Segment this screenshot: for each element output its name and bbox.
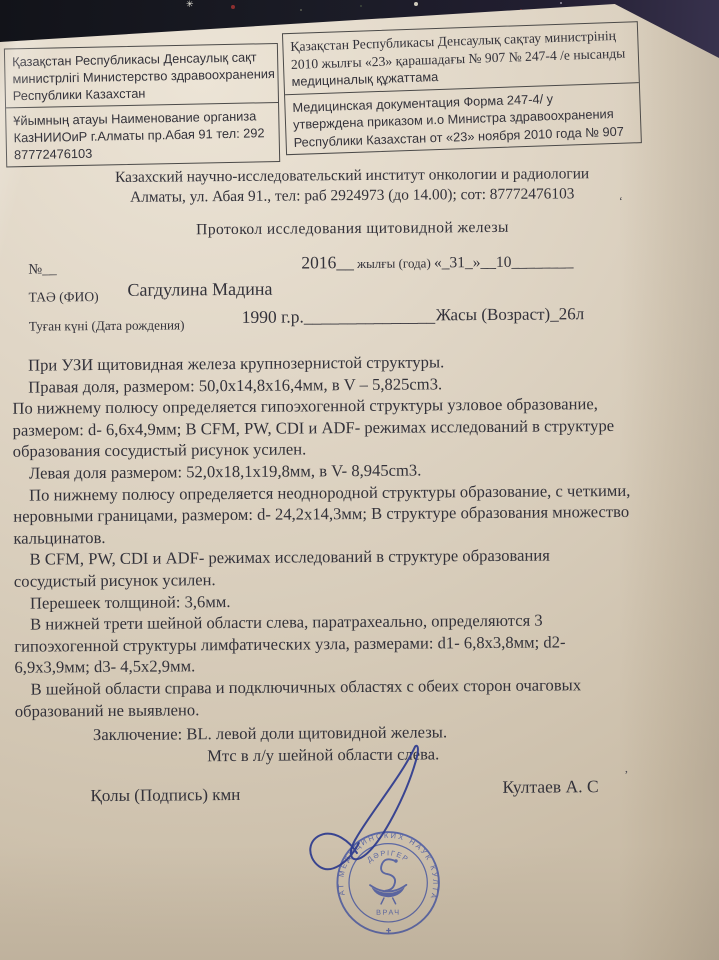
sparkle-icon: ✳ (186, 0, 194, 10)
report-body: При УЗИ щитовидная железа крупнозернисто… (12, 349, 712, 768)
dob-label: Туған күні (Дата рождения) (29, 317, 185, 334)
form-ru-cell: Медицинская документация Форма 247-4/ у … (285, 82, 641, 155)
age-value: Жасы (Возраст)_26л (436, 304, 585, 325)
stamp-title-ru-text: ВРАЧ (376, 908, 401, 917)
patient-name-label: ТАӘ (ФИО) (28, 289, 98, 306)
form-approval-box: Қазақстан Республикасы Денсаулық сақтау … (282, 21, 642, 155)
doctor-name: Култаев А. С (502, 776, 598, 798)
organization-cell: Ұйымның атауы Наименование организа КазН… (6, 102, 279, 166)
record-number-field: №__ (28, 261, 56, 278)
signature-label: Қолы (Подпись) кмн (90, 785, 240, 806)
date-year: 2016__ (301, 252, 354, 272)
dob-fill-line: _______________ (304, 305, 435, 326)
institute-heading: Казахский научно-исследовательский инсти… (0, 163, 707, 209)
pen-tick-mark: ‘ (619, 194, 623, 209)
document-content: Қазақстан Республикасы Денсаулық сақт ми… (0, 0, 719, 960)
patient-name-value: Сагдулина Мадина (127, 279, 272, 301)
stamp-cross-icon: ✚ (386, 927, 392, 935)
fabric-specks (0, 0, 2, 2)
record-date-field: 2016__ жылғы (года) «_31_»__10________ (301, 250, 573, 273)
dob-year: 1990 г.р. (242, 306, 304, 326)
document-sheet: Қазақстан Республикасы Денсаулық сақт ми… (0, 0, 719, 960)
ministry-cell: Қазақстан Республикасы Денсаулық сақт ми… (5, 44, 278, 107)
institute-contacts: Алматы, ул. Абая 91., тел: раб 2924973 (… (0, 183, 707, 209)
document-title: Протокол исследования щитовидной железы (0, 217, 707, 241)
pen-tick-mark: ʼ (624, 768, 628, 783)
date-label: жылғы (года) (354, 255, 434, 271)
date-day-month: «_31_»__10________ (434, 253, 574, 271)
signature-scribble (282, 714, 493, 901)
ministry-organization-box: Қазақстан Республикасы Денсаулық сақт ми… (4, 43, 280, 167)
photo-of-document: { "header": { "ministry_box": { "lines":… (0, 0, 719, 960)
dob-value: 1990 г.р._______________ (242, 305, 436, 328)
